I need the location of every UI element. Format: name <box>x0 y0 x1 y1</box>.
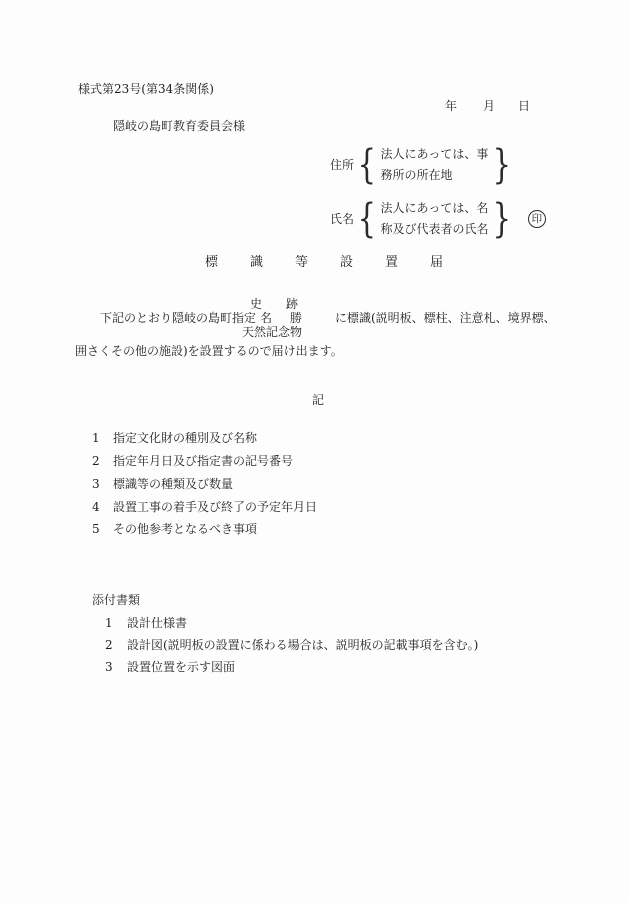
record-item: 3 標識等の種類及び数量 <box>92 477 233 491</box>
address-note-line1: 法人にあっては、事 <box>380 148 488 161</box>
address-note-line2: 務所の所在地 <box>380 169 488 182</box>
item-text: 設計図(説明板の設置に係わる場合は、説明板の記載事項を含む。) <box>127 638 478 652</box>
address-note: 法人にあっては、事 務所の所在地 <box>380 148 488 182</box>
address-block: 住所 { 法人にあっては、事 務所の所在地 } <box>330 146 515 184</box>
name-note-line2: 称及び代表者の氏名 <box>380 223 488 236</box>
body-line-prefix: 下記のとおり隠岐の島町指定 <box>100 311 256 325</box>
attachment-item: 2 設計図(説明板の設置に係わる場合は、説明板の記載事項を含む。) <box>105 638 478 652</box>
right-brace-decoration: } <box>493 200 511 238</box>
attachments-heading: 添付書類 <box>92 593 140 607</box>
name-note: 法人にあっては、名 称及び代表者の氏名 <box>380 202 488 236</box>
item-number: 2 <box>105 638 127 652</box>
record-item: 4 設置工事の着手及び終了の予定年月日 <box>92 500 317 514</box>
record-item: 2 指定年月日及び指定書の記号番号 <box>92 454 293 468</box>
record-item: 5 その他参考となるべき事項 <box>92 522 257 536</box>
item-text: 設計仕様書 <box>127 616 187 630</box>
document-page: 様式第23号(第34条関係) 年 月 日 隠岐の島町教育委員会様 住所 { 法人… <box>0 0 630 903</box>
item-number: 3 <box>105 660 127 674</box>
address-label: 住所 <box>330 158 354 172</box>
date-year-label: 年 <box>445 99 457 113</box>
designation-option-bottom: 天然記念物 <box>242 325 302 339</box>
attachment-item: 1 設計仕様書 <box>105 616 187 630</box>
date-day-label: 日 <box>518 99 530 113</box>
record-item: 1 指定文化財の種別及び名称 <box>92 431 257 445</box>
item-number: 4 <box>92 500 113 514</box>
name-label: 氏名 <box>330 212 354 226</box>
left-brace-decoration: { <box>358 146 376 184</box>
left-brace-decoration: { <box>358 200 376 238</box>
item-text: 設置位置を示す図面 <box>127 660 235 674</box>
seal-stamp-icon: 印 <box>528 210 546 228</box>
designation-option-middle: 名 勝 <box>260 311 305 325</box>
addressee: 隠岐の島町教育委員会様 <box>113 119 245 133</box>
item-number: 1 <box>105 616 127 630</box>
item-text: その他参考となるべき事項 <box>113 522 257 536</box>
record-heading: 記 <box>312 393 324 407</box>
item-number: 2 <box>92 454 113 468</box>
name-block: 氏名 { 法人にあっては、名 称及び代表者の氏名 } 印 <box>330 200 546 238</box>
item-number: 5 <box>92 522 113 536</box>
page-title: 標識等設置届 <box>205 256 475 270</box>
attachment-item: 3 設置位置を示す図面 <box>105 660 235 674</box>
item-text: 設置工事の着手及び終了の予定年月日 <box>113 500 317 514</box>
item-text: 標識等の種類及び数量 <box>113 477 233 491</box>
designation-option-top: 史 跡 <box>250 297 304 311</box>
right-brace-decoration: } <box>493 146 511 184</box>
form-number: 様式第23号(第34条関係) <box>78 82 214 96</box>
item-text: 指定文化財の種別及び名称 <box>113 431 257 445</box>
item-text: 指定年月日及び指定書の記号番号 <box>113 454 293 468</box>
date-month-label: 月 <box>483 99 495 113</box>
body-closing-line: 囲さくその他の施設)を設置するので届け出ます。 <box>75 344 343 358</box>
item-number: 3 <box>92 477 113 491</box>
name-note-line1: 法人にあっては、名 <box>380 202 488 215</box>
body-line-suffix: に標識(説明板、標柱、注意札、境界標、 <box>335 311 556 325</box>
item-number: 1 <box>92 431 113 445</box>
